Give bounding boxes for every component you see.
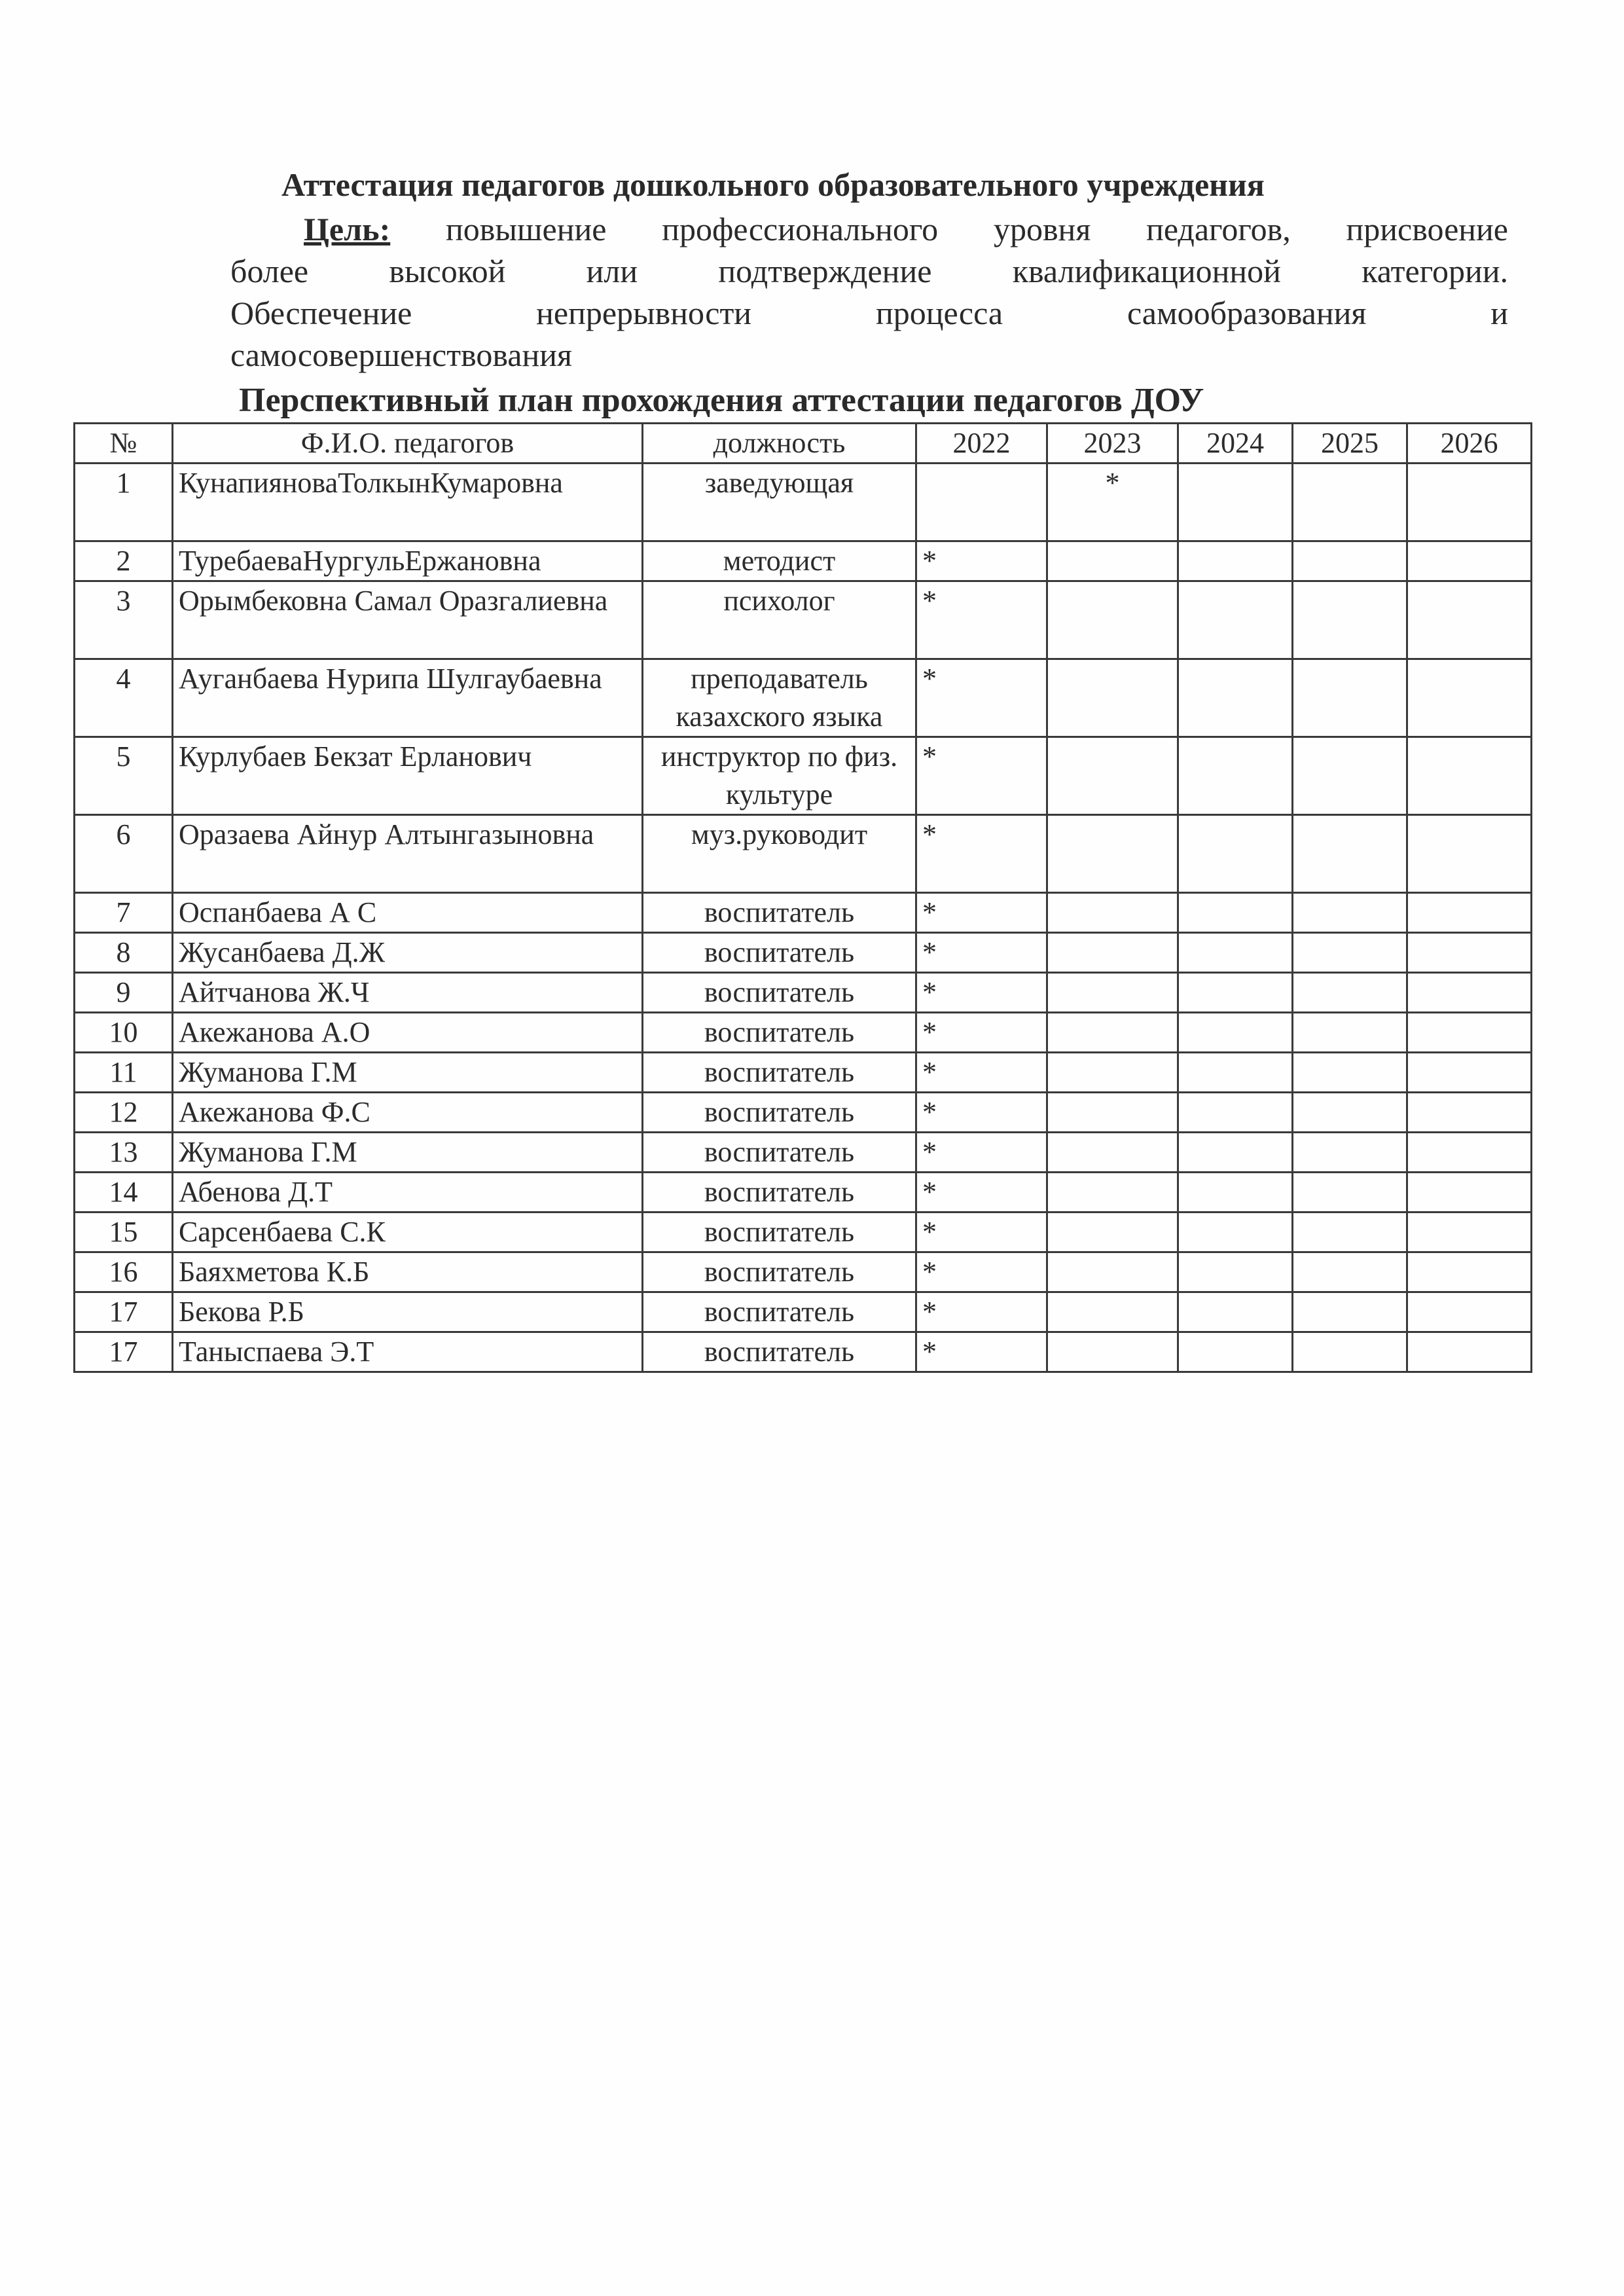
teacher-position: воспитатель — [643, 933, 916, 973]
teacher-position: воспитатель — [643, 1173, 916, 1212]
table-row: 11Жуманова Г.Мвоспитатель* — [75, 1053, 1532, 1093]
teacher-position: воспитатель — [643, 1212, 916, 1252]
year-cell-2025 — [1293, 1093, 1407, 1133]
year-cell-2023 — [1047, 1013, 1178, 1053]
table-row: 14Абенова Д.Твоспитатель* — [75, 1173, 1532, 1212]
year-cell-2022: * — [916, 1212, 1047, 1252]
row-number: 10 — [75, 1013, 173, 1053]
year-cell-2024 — [1178, 815, 1293, 893]
table-body: 1КунапияноваТолкынКумаровназаведующая*2Т… — [75, 464, 1532, 1372]
document-title: Аттестация педагогов дошкольного образов… — [281, 165, 1460, 204]
header-year-2022: 2022 — [916, 424, 1047, 464]
teacher-name: Оразаева Айнур Алтынгазыновна — [173, 815, 643, 893]
teacher-name: Ауганбаева Нурипа Шулгаубаевна — [173, 659, 643, 737]
teacher-position: воспитатель — [643, 1013, 916, 1053]
row-number: 14 — [75, 1173, 173, 1212]
year-cell-2024 — [1178, 973, 1293, 1013]
year-cell-2022: * — [916, 581, 1047, 659]
table-row: 4Ауганбаева Нурипа Шулгаубаевнапреподава… — [75, 659, 1532, 737]
table-row: 7Оспанбаева А Своспитатель* — [75, 893, 1532, 933]
teacher-position: методист — [643, 541, 916, 581]
teacher-position: муз.руководит — [643, 815, 916, 893]
year-cell-2022: * — [916, 933, 1047, 973]
row-number: 12 — [75, 1093, 173, 1133]
year-cell-2026 — [1407, 1252, 1532, 1292]
table-row: 8Жусанбаева Д.Жвоспитатель* — [75, 933, 1532, 973]
table-row: 2ТуребаеваНургульЕржановнаметодист* — [75, 541, 1532, 581]
year-cell-2024 — [1178, 1212, 1293, 1252]
year-cell-2026 — [1407, 581, 1532, 659]
year-cell-2026 — [1407, 1212, 1532, 1252]
table-row: 13Жуманова Г.Мвоспитатель* — [75, 1133, 1532, 1173]
year-cell-2026 — [1407, 815, 1532, 893]
teacher-name: Баяхметова К.Б — [173, 1252, 643, 1292]
table-row: 1КунапияноваТолкынКумаровназаведующая* — [75, 464, 1532, 541]
goal-line: самосовершенствования — [230, 334, 1508, 376]
year-cell-2026 — [1407, 1133, 1532, 1173]
year-cell-2022: * — [916, 1093, 1047, 1133]
teacher-position: психолог — [643, 581, 916, 659]
teacher-position: воспитатель — [643, 1332, 916, 1372]
table-row: 16Баяхметова К.Бвоспитатель* — [75, 1252, 1532, 1292]
year-cell-2025 — [1293, 1292, 1407, 1332]
year-cell-2022: * — [916, 1252, 1047, 1292]
table-row: 10Акежанова А.Овоспитатель* — [75, 1013, 1532, 1053]
row-number: 15 — [75, 1212, 173, 1252]
table-row: 15Сарсенбаева С.Квоспитатель* — [75, 1212, 1532, 1252]
year-cell-2022: * — [916, 1133, 1047, 1173]
year-cell-2024 — [1178, 1173, 1293, 1212]
year-cell-2023 — [1047, 1053, 1178, 1093]
teacher-name: ТуребаеваНургульЕржановна — [173, 541, 643, 581]
year-cell-2024 — [1178, 581, 1293, 659]
goal-line: Цель: повышение профессионального уровня… — [230, 208, 1508, 250]
year-cell-2023 — [1047, 815, 1178, 893]
year-cell-2023: * — [1047, 464, 1178, 541]
year-cell-2023 — [1047, 1252, 1178, 1292]
header-name: Ф.И.О. педагогов — [173, 424, 643, 464]
year-cell-2022: * — [916, 893, 1047, 933]
teacher-position: заведующая — [643, 464, 916, 541]
teacher-name: Таныспаева Э.Т — [173, 1332, 643, 1372]
row-number: 4 — [75, 659, 173, 737]
year-cell-2025 — [1293, 1173, 1407, 1212]
year-cell-2022: * — [916, 973, 1047, 1013]
year-cell-2023 — [1047, 1212, 1178, 1252]
year-cell-2022: * — [916, 1013, 1047, 1053]
year-cell-2026 — [1407, 1013, 1532, 1053]
year-cell-2024 — [1178, 1292, 1293, 1332]
year-cell-2022: * — [916, 1292, 1047, 1332]
table-row: 12Акежанова Ф.Своспитатель* — [75, 1093, 1532, 1133]
year-cell-2025 — [1293, 1013, 1407, 1053]
table-row: 6Оразаева Айнур Алтынгазыновнамуз.руково… — [75, 815, 1532, 893]
year-cell-2022: * — [916, 737, 1047, 815]
teacher-name: Оспанбаева А С — [173, 893, 643, 933]
year-cell-2025 — [1293, 815, 1407, 893]
table-row: 5Курлубаев Бекзат Ерлановичинструктор по… — [75, 737, 1532, 815]
row-number: 13 — [75, 1133, 173, 1173]
year-cell-2023 — [1047, 737, 1178, 815]
year-cell-2026 — [1407, 737, 1532, 815]
year-cell-2025 — [1293, 1053, 1407, 1093]
year-cell-2024 — [1178, 1332, 1293, 1372]
table-row: 9Айтчанова Ж.Чвоспитатель* — [75, 973, 1532, 1013]
year-cell-2023 — [1047, 973, 1178, 1013]
teacher-position: воспитатель — [643, 1292, 916, 1332]
teacher-name: Бекова Р.Б — [173, 1292, 643, 1332]
teacher-position: воспитатель — [643, 1093, 916, 1133]
year-cell-2023 — [1047, 933, 1178, 973]
year-cell-2024 — [1178, 464, 1293, 541]
year-cell-2026 — [1407, 541, 1532, 581]
year-cell-2026 — [1407, 893, 1532, 933]
teacher-position: преподаватель казахского языка — [643, 659, 916, 737]
teacher-name: Абенова Д.Т — [173, 1173, 643, 1212]
attestation-plan-table: № Ф.И.О. педагогов должность 2022 2023 2… — [73, 422, 1532, 1373]
year-cell-2023 — [1047, 1133, 1178, 1173]
teacher-name: Орымбековна Самал Оразгалиевна — [173, 581, 643, 659]
year-cell-2022: * — [916, 815, 1047, 893]
teacher-name: Курлубаев Бекзат Ерланович — [173, 737, 643, 815]
year-cell-2024 — [1178, 1133, 1293, 1173]
year-cell-2026 — [1407, 464, 1532, 541]
year-cell-2023 — [1047, 1292, 1178, 1332]
year-cell-2025 — [1293, 893, 1407, 933]
year-cell-2024 — [1178, 659, 1293, 737]
year-cell-2026 — [1407, 973, 1532, 1013]
goal-label: Цель: — [304, 211, 390, 247]
teacher-name: Жуманова Г.М — [173, 1133, 643, 1173]
year-cell-2023 — [1047, 581, 1178, 659]
teacher-name: Жуманова Г.М — [173, 1053, 643, 1093]
year-cell-2024 — [1178, 1053, 1293, 1093]
header-year-2024: 2024 — [1178, 424, 1293, 464]
row-number: 17 — [75, 1292, 173, 1332]
year-cell-2024 — [1178, 893, 1293, 933]
year-cell-2024 — [1178, 933, 1293, 973]
year-cell-2023 — [1047, 893, 1178, 933]
year-cell-2022: * — [916, 1173, 1047, 1212]
year-cell-2025 — [1293, 541, 1407, 581]
teacher-position: воспитатель — [643, 1133, 916, 1173]
table-row: 17Таныспаева Э.Твоспитатель* — [75, 1332, 1532, 1372]
year-cell-2025 — [1293, 1252, 1407, 1292]
row-number: 6 — [75, 815, 173, 893]
teacher-position: воспитатель — [643, 1252, 916, 1292]
year-cell-2023 — [1047, 659, 1178, 737]
year-cell-2024 — [1178, 541, 1293, 581]
teacher-name: Жусанбаева Д.Ж — [173, 933, 643, 973]
row-number: 11 — [75, 1053, 173, 1093]
table-row: 3Орымбековна Самал Оразгалиевнапсихолог* — [75, 581, 1532, 659]
teacher-position: воспитатель — [643, 893, 916, 933]
year-cell-2023 — [1047, 1332, 1178, 1372]
year-cell-2023 — [1047, 1173, 1178, 1212]
goal-line: Обеспечение непрерывности процесса самоо… — [230, 292, 1508, 334]
header-year-2025: 2025 — [1293, 424, 1407, 464]
year-cell-2022: * — [916, 659, 1047, 737]
year-cell-2024 — [1178, 737, 1293, 815]
year-cell-2025 — [1293, 933, 1407, 973]
header-year-2023: 2023 — [1047, 424, 1178, 464]
year-cell-2022: * — [916, 1332, 1047, 1372]
year-cell-2024 — [1178, 1252, 1293, 1292]
goal-paragraph: Цель: повышение профессионального уровня… — [230, 208, 1508, 376]
year-cell-2025 — [1293, 464, 1407, 541]
year-cell-2025 — [1293, 659, 1407, 737]
row-number: 5 — [75, 737, 173, 815]
row-number: 7 — [75, 893, 173, 933]
row-number: 9 — [75, 973, 173, 1013]
year-cell-2024 — [1178, 1013, 1293, 1053]
row-number: 16 — [75, 1252, 173, 1292]
teacher-name: Айтчанова Ж.Ч — [173, 973, 643, 1013]
year-cell-2023 — [1047, 1093, 1178, 1133]
year-cell-2026 — [1407, 1173, 1532, 1212]
header-year-2026: 2026 — [1407, 424, 1532, 464]
row-number: 1 — [75, 464, 173, 541]
year-cell-2023 — [1047, 541, 1178, 581]
teacher-name: Акежанова Ф.С — [173, 1093, 643, 1133]
year-cell-2025 — [1293, 581, 1407, 659]
row-number: 17 — [75, 1332, 173, 1372]
year-cell-2025 — [1293, 1332, 1407, 1372]
teacher-position: воспитатель — [643, 973, 916, 1013]
year-cell-2025 — [1293, 1133, 1407, 1173]
teacher-position: воспитатель — [643, 1053, 916, 1093]
row-number: 8 — [75, 933, 173, 973]
year-cell-2022 — [916, 464, 1047, 541]
table-header-row: № Ф.И.О. педагогов должность 2022 2023 2… — [75, 424, 1532, 464]
year-cell-2026 — [1407, 1332, 1532, 1372]
year-cell-2022: * — [916, 1053, 1047, 1093]
year-cell-2026 — [1407, 1292, 1532, 1332]
teacher-position: инструктор по физ. культуре — [643, 737, 916, 815]
year-cell-2026 — [1407, 933, 1532, 973]
row-number: 2 — [75, 541, 173, 581]
row-number: 3 — [75, 581, 173, 659]
document-page: Аттестация педагогов дошкольного образов… — [0, 0, 1624, 2296]
plan-title: Перспективный план прохождения аттестаци… — [239, 381, 1483, 420]
year-cell-2026 — [1407, 659, 1532, 737]
teacher-name: КунапияноваТолкынКумаровна — [173, 464, 643, 541]
year-cell-2024 — [1178, 1093, 1293, 1133]
year-cell-2022: * — [916, 541, 1047, 581]
header-number: № — [75, 424, 173, 464]
year-cell-2026 — [1407, 1093, 1532, 1133]
table-row: 17Бекова Р.Бвоспитатель* — [75, 1292, 1532, 1332]
year-cell-2025 — [1293, 973, 1407, 1013]
teacher-name: Акежанова А.О — [173, 1013, 643, 1053]
header-position: должность — [643, 424, 916, 464]
year-cell-2025 — [1293, 1212, 1407, 1252]
goal-line: более высокой или подтверждение квалифик… — [230, 250, 1508, 292]
year-cell-2025 — [1293, 737, 1407, 815]
teacher-name: Сарсенбаева С.К — [173, 1212, 643, 1252]
year-cell-2026 — [1407, 1053, 1532, 1093]
